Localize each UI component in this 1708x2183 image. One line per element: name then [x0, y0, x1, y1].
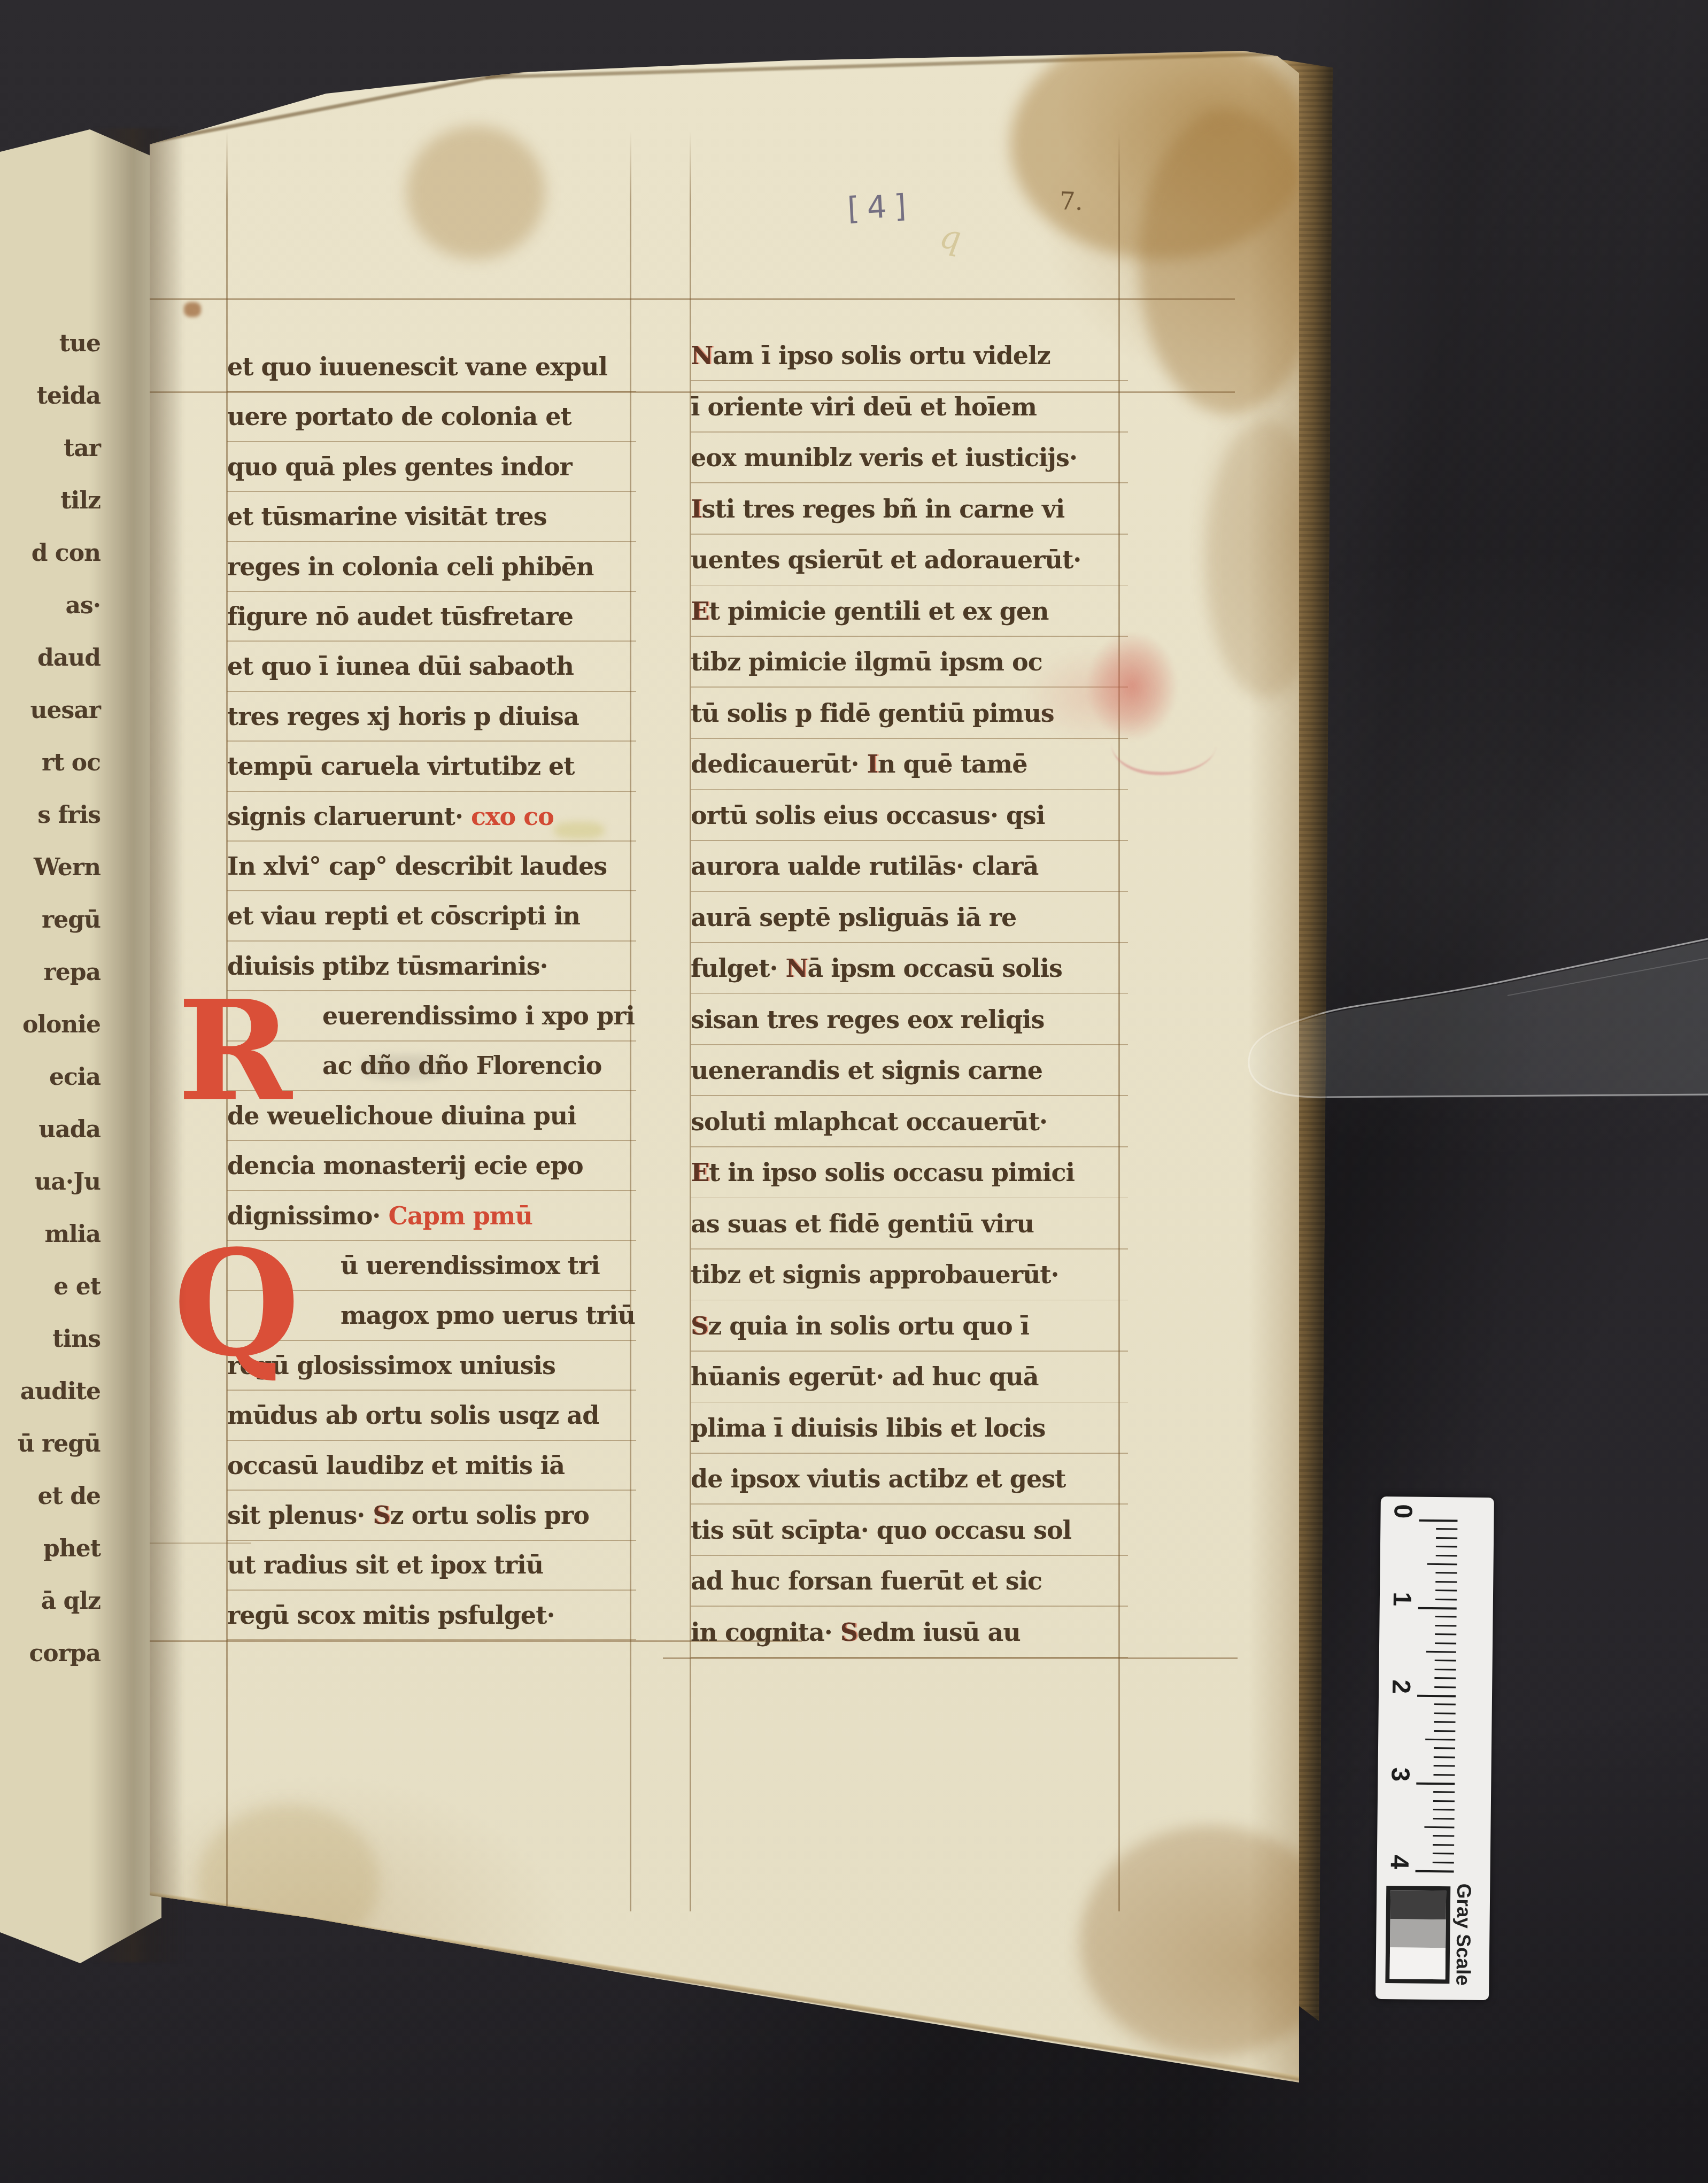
- manuscript-text-line: et quo iuuenescit vane expul: [227, 342, 636, 392]
- ruler-minor-tick: [1433, 1774, 1455, 1776]
- text-segment-ink: figure nō audet tūsfretare: [227, 602, 573, 631]
- manuscript-text-line: Nam ī ipso solis ortu videlz: [691, 330, 1128, 382]
- ruler-minor-tick: [1434, 1713, 1456, 1714]
- text-segment-ink: dedicauerūt·: [691, 750, 867, 778]
- ruler-half-tick: [1424, 1826, 1454, 1829]
- ruler-minor-tick: [1435, 1599, 1457, 1600]
- previous-page-fragment: tilz: [0, 475, 101, 527]
- previous-page-fragment: as·: [0, 580, 101, 632]
- text-segment-red: Capm pmū: [388, 1201, 532, 1230]
- manuscript-text-line: tempū caruela virtutibz et: [227, 742, 636, 791]
- text-segment-ink: uenerandis et signis carne: [691, 1056, 1042, 1085]
- text-segment-ink: occasū laudibz et mitis iā: [227, 1451, 565, 1480]
- text-segment-ink: in cognita·: [691, 1618, 840, 1647]
- parchment-stain: [1139, 110, 1320, 414]
- previous-page-fragment: tar: [0, 422, 101, 475]
- ruler-minor-tick: [1434, 1747, 1455, 1749]
- manuscript-text-line: tibz et signis approbauerūt·: [691, 1249, 1128, 1301]
- manuscript-text-line: tres reges xj horis p diuisa: [227, 692, 636, 742]
- previous-page-fragment: olonie: [0, 999, 101, 1051]
- ruler-minor-tick: [1436, 1555, 1457, 1556]
- text-segment-ink: hūanis egerūt· ad huc quā: [691, 1362, 1039, 1391]
- rubricated-initial-Q: Q: [173, 1231, 300, 1377]
- text-segment-ink: aurora ualde rutilās· clarā: [691, 852, 1038, 881]
- text-segment-touch: N: [691, 341, 713, 370]
- text-segment-ink: de ipsox viutis actibz et gest: [691, 1464, 1065, 1493]
- manuscript-text-line: dedicauerūt· In quē tamē: [691, 739, 1128, 790]
- ruler-minor-tick: [1433, 1791, 1455, 1793]
- ruler-major-tick: [1417, 1695, 1456, 1698]
- text-segment-ink: reges in colonia celi phibēn: [227, 552, 594, 581]
- text-segment-ink: ad huc forsan fuerūt et sic: [691, 1567, 1042, 1595]
- text-segment-ink: quo quā ples gentes indor: [227, 452, 572, 481]
- ruler-minor-tick: [1433, 1844, 1454, 1846]
- text-segment-touch: I: [867, 750, 878, 778]
- previous-page-fragment: teida: [0, 370, 101, 422]
- grayscale-patch: [1390, 1919, 1446, 1948]
- grayscale-card: 01234 Gray Scale: [1375, 1497, 1494, 2000]
- text-segment-ink: am ī ipso solis ortu videlz: [713, 341, 1050, 370]
- ruler-minor-tick: [1435, 1633, 1456, 1635]
- text-segment-ink: z ortu solis pro: [390, 1501, 589, 1530]
- text-segment-ink: signis claruerunt·: [227, 802, 471, 831]
- text-segment-ink: sit plenus·: [227, 1501, 373, 1530]
- text-segment-ink: ut radius sit et ipox triū: [227, 1551, 543, 1579]
- text-segment-touch: S: [840, 1618, 857, 1647]
- plastic-strap: [1219, 920, 1708, 1123]
- previous-page-fragment: tins: [0, 1313, 101, 1366]
- previous-page-fragment: audite: [0, 1366, 101, 1418]
- text-segment-ink: t in ipso solis occasu pimici: [709, 1158, 1075, 1187]
- text-segment-ink: et tūsmarine visitāt tres: [227, 502, 547, 531]
- ruler-number: 0: [1388, 1504, 1418, 1518]
- manuscript-text-line: uere portato de colonia et: [227, 392, 636, 442]
- manuscript-text-line: fulget· Nā ipsm occasū solis: [691, 943, 1128, 994]
- ruler-minor-tick: [1436, 1537, 1457, 1539]
- previous-page-fragment: s fris: [0, 789, 101, 842]
- ruler-minor-tick: [1434, 1721, 1456, 1723]
- text-segment-ink: as suas et fidē gentiū viru: [691, 1209, 1034, 1238]
- previous-page-fragment: ecia: [0, 1051, 101, 1104]
- text-segment-touch: I: [691, 495, 702, 523]
- previous-page-fragment: phet: [0, 1523, 101, 1575]
- text-segment-ink: ortū solis eius occasus· qsi: [691, 801, 1045, 830]
- previous-page-fragment: ā qlz: [0, 1575, 101, 1627]
- ruler-number: 4: [1385, 1855, 1414, 1869]
- manuscript-text-line: regū scox mitis psfulget·: [227, 1591, 636, 1640]
- text-segment-ink: magox pmo uerus triū: [341, 1301, 635, 1330]
- previous-page-text-fragments: tueteidatartilzd conas·dauduesarrt ocs f…: [0, 318, 101, 1680]
- manuscript-text-line: uentes qsierūt et adorauerūt·: [691, 535, 1128, 586]
- text-segment-ink: tibz et signis approbauerūt·: [691, 1260, 1059, 1289]
- right-text-column: Nam ī ipso solis ortu videlzī oriente vi…: [691, 330, 1128, 1658]
- ruler-minor-tick: [1434, 1730, 1455, 1732]
- manuscript-text-line: In xlvi° cap° describit laudes: [227, 842, 636, 891]
- ruler-minor-tick: [1435, 1590, 1457, 1591]
- text-segment-ink: tres reges xj horis p diuisa: [227, 702, 579, 731]
- ruler-minor-tick: [1435, 1660, 1456, 1661]
- text-segment-ink: ū uerendissimox tri: [341, 1251, 600, 1280]
- text-segment-ink: edm iusū au: [857, 1618, 1021, 1647]
- manuscript-text-line: mūdus ab ortu solis usqz ad: [227, 1391, 636, 1440]
- parchment-stain: [406, 126, 545, 259]
- rubricated-initial-R: R: [177, 982, 292, 1120]
- text-segment-ink: tempū caruela virtutibz et: [227, 752, 575, 781]
- text-segment-ink: aurā septē psliguās iā re: [691, 903, 1016, 932]
- ruler-minor-tick: [1436, 1528, 1457, 1530]
- text-segment-ink: tū solis p fidē gentiū pimus: [691, 699, 1054, 728]
- manuscript-text-line: dencia monasterij ecie epo: [227, 1141, 636, 1191]
- text-segment-ink: ā ipsm occasū solis: [807, 954, 1062, 983]
- previous-page-fragment: Wern: [0, 842, 101, 894]
- text-segment-touch: S: [373, 1501, 390, 1530]
- text-segment-ink: In xlvi° cap° describit laudes: [227, 852, 607, 881]
- ruler-number: 3: [1385, 1767, 1415, 1781]
- previous-page-fragment: uesar: [0, 684, 101, 737]
- text-segment-touch: E: [691, 1158, 709, 1187]
- text-segment-ink: z quia in solis ortu quo ī: [708, 1312, 1029, 1340]
- manuscript-text-line: sit plenus· Sz ortu solis pro: [227, 1491, 636, 1540]
- text-segment-ink: euerendissimo i xpo pri: [322, 1001, 635, 1030]
- manuscript-text-line: hūanis egerūt· ad huc quā: [691, 1352, 1128, 1403]
- text-segment-ink: regū scox mitis psfulget·: [227, 1601, 554, 1630]
- text-segment-ink: t pimicie gentili et ex gen: [709, 597, 1049, 626]
- ruler-minor-tick: [1433, 1853, 1454, 1854]
- previous-page-fragment: daud: [0, 632, 101, 684]
- wormhole-spot: [184, 302, 201, 317]
- previous-page-fragment: repa: [0, 946, 101, 999]
- grayscale-patch: [1390, 1890, 1447, 1919]
- grayscale-patch: [1389, 1947, 1446, 1979]
- manuscript-page: et quo iuuenescit vane expuluere portato…: [150, 51, 1299, 2168]
- manuscript-text-line: aurora ualde rutilās· clarā: [691, 841, 1128, 892]
- text-segment-ink: tis sūt scīpta· quo occasu sol: [691, 1516, 1071, 1545]
- previous-page-fragment: e et: [0, 1261, 101, 1313]
- previous-page-fragment: corpa: [0, 1627, 101, 1680]
- manuscript-text-line: Et pimicie gentili et ex gen: [691, 586, 1128, 637]
- text-segment-ink: n quē tamē: [878, 750, 1027, 778]
- plastic-strap-shape: [1219, 920, 1708, 1123]
- ruler-minor-tick: [1433, 1800, 1455, 1802]
- manuscript-text-line: soluti mlaphcat occauerūt·: [691, 1097, 1128, 1148]
- manuscript-text-line: ut radius sit et ipox triū: [227, 1540, 636, 1590]
- pencil-foliation: [4]: [846, 187, 915, 227]
- manuscript-text-line: quo quā ples gentes indor: [227, 442, 636, 492]
- previous-page-fragment: d con: [0, 527, 101, 580]
- previous-page-fragment: regū: [0, 894, 101, 946]
- ruler-minor-tick: [1433, 1818, 1455, 1819]
- faint-margin-mark: q: [937, 216, 964, 258]
- manuscript-text-line: de ipsox viutis actibz et gest: [691, 1454, 1128, 1505]
- ruler-minor-tick: [1434, 1677, 1456, 1679]
- ruler-major-tick: [1416, 1870, 1454, 1873]
- text-segment-touch: E: [691, 597, 709, 626]
- manuscript-text-line: ī oriente viri deū et hoīem: [691, 382, 1128, 433]
- manuscript-text-line: eox muniblz veris et iusticijs·: [691, 433, 1128, 484]
- manuscript-text-line: sisan tres reges eox reliqis: [691, 994, 1128, 1046]
- photo-canvas: tueteidatartilzd conas·dauduesarrt ocs f…: [0, 0, 1708, 2183]
- manuscript-text-line: in cognita· Sedm iusū au: [691, 1607, 1128, 1659]
- ruler-minor-tick: [1434, 1756, 1455, 1758]
- manuscript-text-line: Et in ipso solis occasu pimici: [691, 1147, 1128, 1199]
- text-segment-ink: mūdus ab ortu solis usqz ad: [227, 1401, 599, 1430]
- manuscript-text-line: plima ī diuisis libis et locis: [691, 1403, 1128, 1454]
- ruler-half-tick: [1427, 1563, 1457, 1565]
- text-segment-red: cxo co: [471, 802, 554, 831]
- manuscript-text-line: ortū solis eius occasus· qsi: [691, 790, 1128, 842]
- text-segment-ink: plima ī diuisis libis et locis: [691, 1414, 1046, 1443]
- text-segment-ink: uentes qsierūt et adorauerūt·: [691, 545, 1081, 574]
- manuscript-text-line: reges in colonia celi phibēn: [227, 542, 636, 592]
- manuscript-text-line: as suas et fidē gentiū viru: [691, 1199, 1128, 1250]
- grayscale-card-label: Gray Scale: [1451, 1883, 1475, 1987]
- manuscript-text-line: Sz quia in solis ortu quo ī: [691, 1301, 1128, 1352]
- ruler-half-tick: [1425, 1739, 1455, 1741]
- ruler-minor-tick: [1435, 1625, 1456, 1626]
- text-segment-ink: uere portato de colonia et: [227, 402, 571, 431]
- manuscript-text-line: aurā septē psliguās iā re: [691, 892, 1128, 944]
- text-segment-ink: sti tres reges bñ in carne vi: [702, 495, 1065, 523]
- text-segment-ink: tibz pimicie ilgmū ipsm oc: [691, 647, 1042, 676]
- previous-page-fragment: tue: [0, 318, 101, 370]
- text-segment-ink: et quo ī iunea dūi sabaoth: [227, 652, 574, 681]
- ruler-major-tick: [1418, 1607, 1457, 1610]
- ruler-minor-tick: [1435, 1642, 1456, 1644]
- ruler-major-tick: [1416, 1783, 1455, 1785]
- ruler-half-tick: [1426, 1651, 1456, 1653]
- manuscript-text-line: et quo ī iunea dūi sabaoth: [227, 642, 636, 691]
- previous-page-fragment: uada: [0, 1104, 101, 1156]
- manuscript-text-line: et viau repti et cōscripti in: [227, 891, 636, 941]
- previous-page-fragment: et de: [0, 1470, 101, 1523]
- ruler-minor-tick: [1434, 1703, 1456, 1705]
- ruler-minor-tick: [1434, 1686, 1456, 1688]
- ink-page-number: 7.: [1059, 186, 1084, 215]
- text-segment-touch: N: [785, 954, 807, 983]
- manuscript-text-line: uenerandis et signis carne: [691, 1045, 1128, 1097]
- previous-page-fragment: ua·Ju: [0, 1156, 101, 1208]
- text-segment-ink: ac dño dño Florencio: [322, 1051, 601, 1080]
- manuscript-text-line: et tūsmarine visitāt tres: [227, 492, 636, 542]
- text-segment-ink: dencia monasterij ecie epo: [227, 1151, 583, 1180]
- previous-page-fragment: ū regū: [0, 1418, 101, 1470]
- previous-page-fragment: mlia: [0, 1208, 101, 1261]
- ruler-minor-tick: [1433, 1862, 1454, 1863]
- text-segment-ink: fulget·: [691, 954, 785, 983]
- ruler-minor-tick: [1434, 1765, 1455, 1767]
- ruler-number: 1: [1387, 1592, 1417, 1606]
- text-segment-ink: ī oriente viri deū et hoīem: [691, 392, 1037, 421]
- text-segment-ink: et viau repti et cōscripti in: [227, 901, 580, 930]
- ruler-minor-tick: [1433, 1835, 1454, 1837]
- ruler-minor-tick: [1436, 1546, 1457, 1547]
- text-segment-touch: S: [691, 1312, 708, 1340]
- ruler-minor-tick: [1435, 1669, 1456, 1670]
- ruler-minor-tick: [1433, 1809, 1455, 1810]
- text-segment-ink: sisan tres reges eox reliqis: [691, 1005, 1044, 1034]
- text-segment-ink: et quo iuuenescit vane expul: [227, 352, 607, 381]
- manuscript-text-line: Isti tres reges bñ in carne vi: [691, 484, 1128, 535]
- ruler-minor-tick: [1435, 1581, 1457, 1583]
- text-segment-ink: soluti mlaphcat occauerūt·: [691, 1107, 1047, 1136]
- ruler-minor-tick: [1435, 1572, 1457, 1573]
- ruler-major-tick: [1419, 1519, 1457, 1522]
- previous-page-edge: tueteidatartilzd conas·dauduesarrt ocs f…: [0, 129, 161, 1963]
- ruler-minor-tick: [1435, 1616, 1457, 1617]
- text-segment-ink: eox muniblz veris et iusticijs·: [691, 443, 1077, 472]
- manuscript-text-line: occasū laudibz et mitis iā: [227, 1441, 636, 1491]
- manuscript-text-line: signis claruerunt· cxo co: [227, 792, 636, 842]
- manuscript-text-line: ad huc forsan fuerūt et sic: [691, 1556, 1128, 1607]
- grayscale-patches: [1385, 1886, 1450, 1984]
- previous-page-fragment: rt oc: [0, 737, 101, 789]
- manuscript-text-line: figure nō audet tūsfretare: [227, 592, 636, 642]
- ruler-number: 2: [1386, 1679, 1416, 1694]
- manuscript-text-line: tis sūt scīpta· quo occasu sol: [691, 1505, 1128, 1556]
